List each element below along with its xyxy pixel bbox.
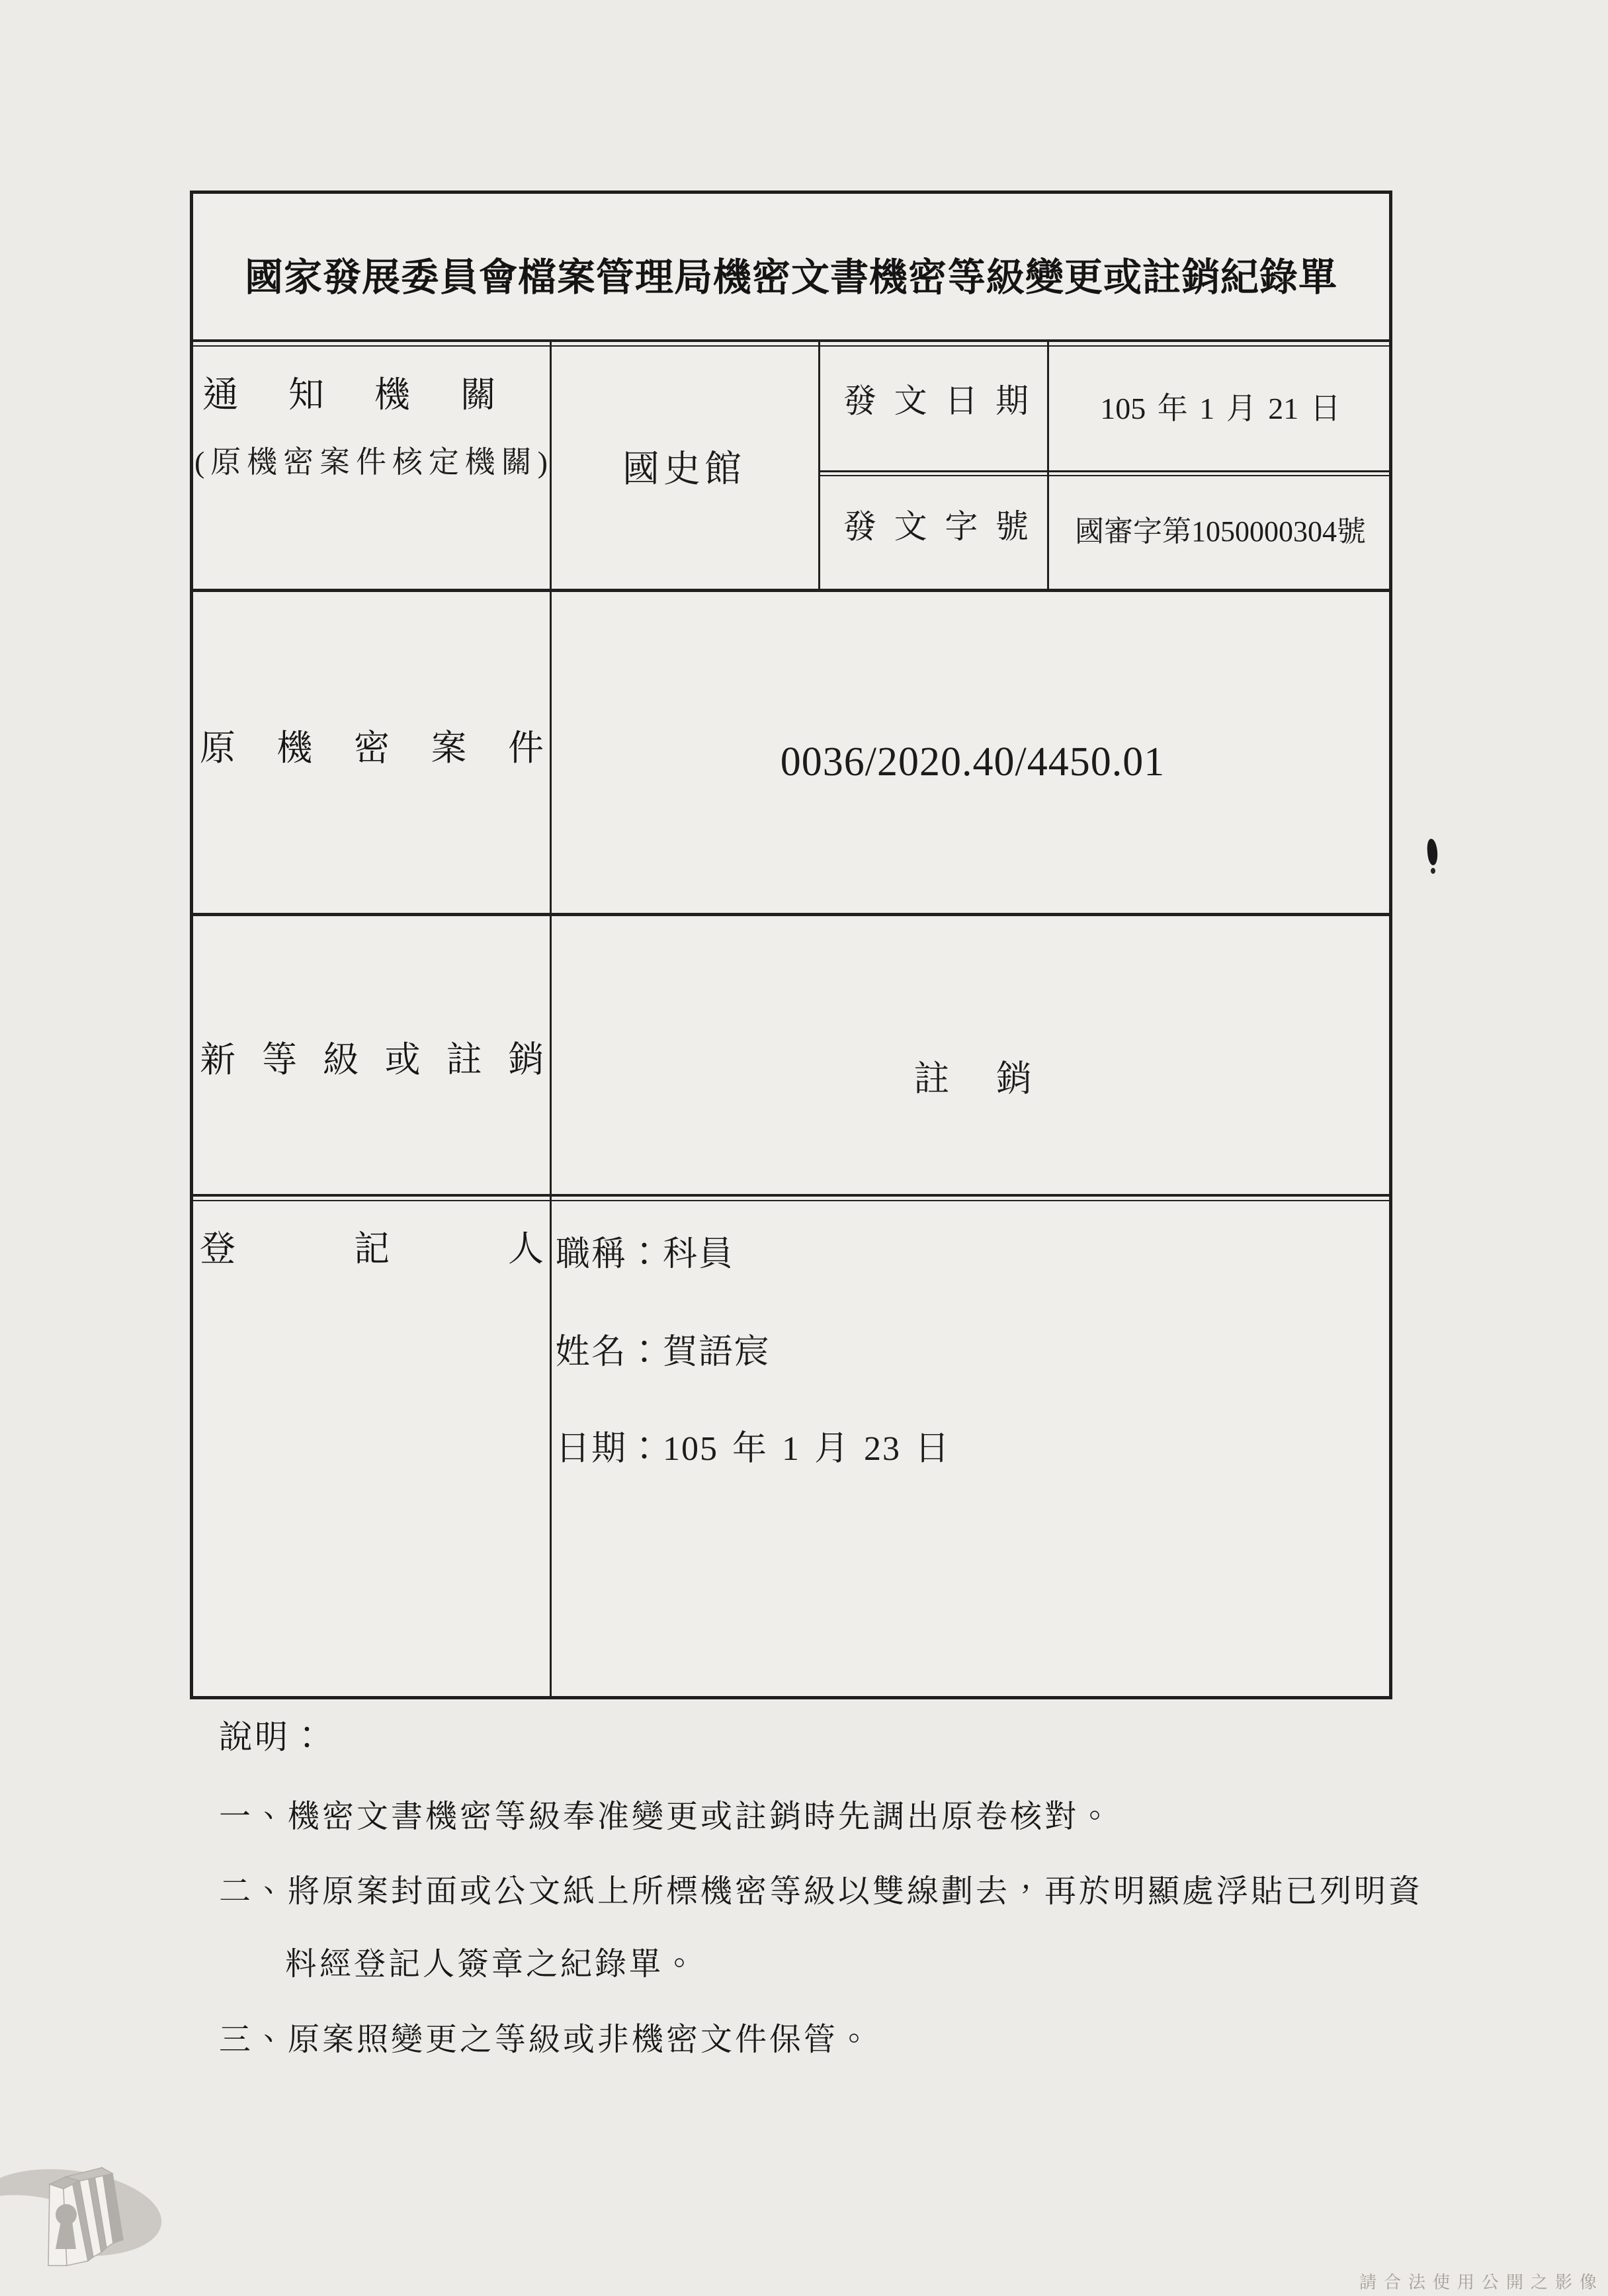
table-divider-title-bottom bbox=[193, 339, 1389, 347]
notify-agency-sublabel: (原機密案件核定機關) bbox=[194, 441, 548, 484]
issue-date-label: 發文日期 bbox=[843, 379, 1029, 423]
note-item-1: 一、機密文書機密等級奉准變更或註銷時先調出原卷核對。 bbox=[219, 1791, 1113, 1836]
issue-date-value: 105 年 1 月 21 日 bbox=[1048, 384, 1392, 428]
record-form-table: 國家發展委員會檔案管理局機密文書機密等級變更或註銷紀錄單 通知機關 (原機密案件… bbox=[190, 191, 1392, 1699]
table-divider-issue-rows bbox=[818, 470, 1392, 476]
issue-number-label: 發文字號 bbox=[843, 505, 1029, 548]
usage-note: 請合法使用公開之影像 bbox=[1359, 2269, 1604, 2293]
note-item-2: 二、將原案封面或公文紙上所標機密等級以雙線劃去，再於明顯處浮貼已列明資 bbox=[219, 1865, 1423, 1911]
notes-heading: 說明： bbox=[219, 1711, 326, 1758]
ink-mark bbox=[1427, 839, 1439, 866]
original-case-label: 原機密案件 bbox=[200, 725, 544, 771]
registrar-date-line: 日期：105 年 1 月 23 日 bbox=[556, 1420, 951, 1470]
notify-agency-label: 通知機關 bbox=[202, 371, 496, 419]
registrar-label: 登記人 bbox=[200, 1226, 544, 1272]
form-title: 國家發展委員會檔案管理局機密文書機密等級變更或註銷紀錄單 bbox=[193, 245, 1389, 311]
table-divider-row2-bottom bbox=[193, 913, 1389, 916]
archives-logo-watermark bbox=[0, 2143, 169, 2296]
original-case-value: 0036/2020.40/4450.01 bbox=[550, 739, 1396, 786]
table-divider-row3-bottom bbox=[193, 1194, 1389, 1201]
note-item-3: 三、原案照變更之等級或非機密文件保管。 bbox=[219, 2014, 872, 2059]
new-level-label: 新等級或註銷 bbox=[200, 1037, 544, 1083]
registrar-title-line: 職稱：科員 bbox=[556, 1226, 734, 1275]
notify-agency-value: 國史館 bbox=[550, 440, 818, 493]
table-divider-row1-bottom bbox=[193, 589, 1389, 592]
registrar-name-line: 姓名：賀語宸 bbox=[556, 1324, 770, 1373]
note-item-2-continuation: 料經登記人簽章之紀錄單。 bbox=[285, 1938, 698, 1984]
new-level-value: 註銷 bbox=[573, 1050, 1419, 1101]
column-divider-issue-label-value bbox=[1047, 339, 1049, 589]
column-divider-agency-issue bbox=[818, 339, 820, 589]
issue-number-value: 國審字第1050000304號 bbox=[1048, 507, 1392, 550]
scanned-document-page: { "page": { "paper_color": "#edebe7", "i… bbox=[0, 0, 1608, 2296]
column-divider-label-value bbox=[550, 339, 552, 1699]
ink-mark-dot bbox=[1431, 868, 1435, 874]
